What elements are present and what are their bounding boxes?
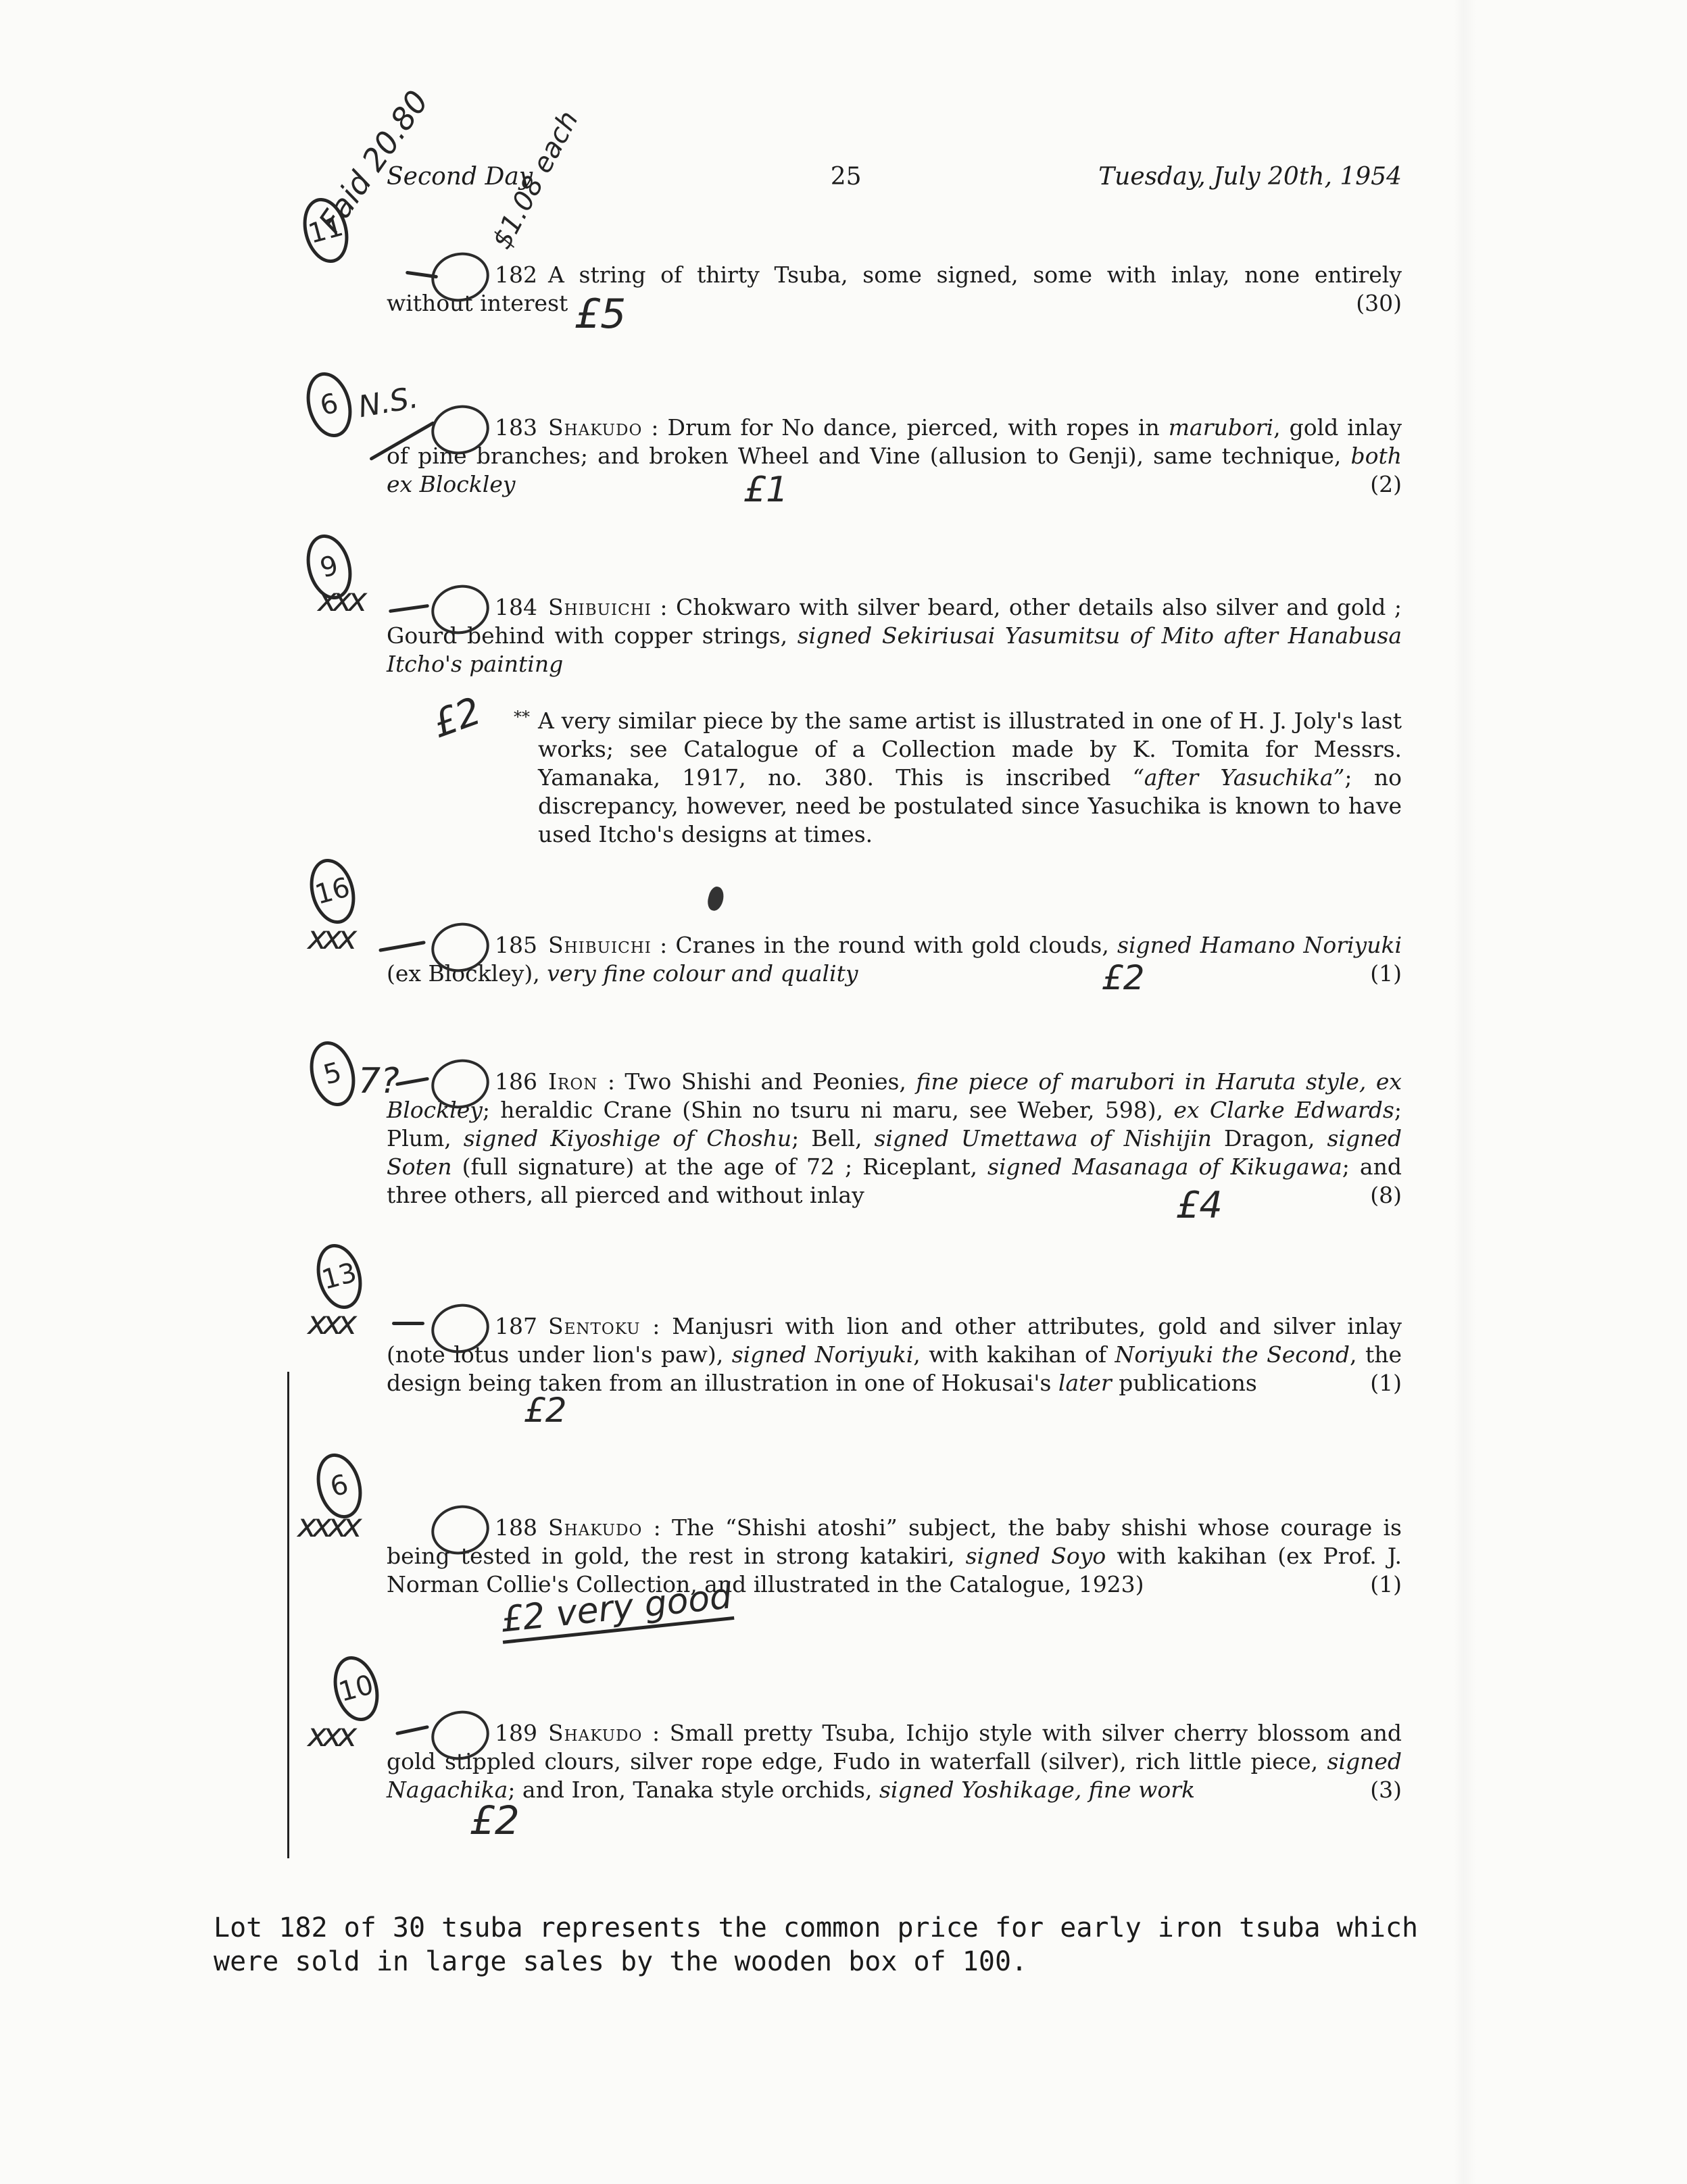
header-date: Tuesday, July 20th, 1954 <box>1098 162 1402 192</box>
handwritten-marks-185: xxx <box>308 919 353 957</box>
lot-entry: 184Shibuichi : Chokwaro with silver bear… <box>387 593 1402 678</box>
footnote-marker: ** <box>514 703 530 731</box>
circled-count-189: 10 <box>326 1651 385 1726</box>
lot-entry: 186Iron : Two Shishi and Peonies, fine p… <box>387 1068 1402 1210</box>
margin-line <box>287 1372 289 1858</box>
lot-number: 184 <box>441 593 537 622</box>
lot-entry: 188Shakudo : The “Shishi atoshi” subject… <box>387 1514 1402 1599</box>
lot-quantity: (1) <box>1316 1570 1402 1599</box>
typed-footer-note: Lot 182 of 30 tsuba represents the commo… <box>214 1911 1498 1979</box>
lot-number: 189 <box>441 1719 537 1747</box>
handwritten-marks-189: xxx <box>308 1716 353 1754</box>
lot-number: 187 <box>441 1312 537 1341</box>
lot-number: 186 <box>441 1068 537 1096</box>
circled-count-185: 16 <box>303 853 362 928</box>
handwritten-marks-184: xxx <box>318 581 363 619</box>
handwritten-price-186: £4 <box>1176 1184 1223 1226</box>
lot-quantity: (1) <box>1316 960 1402 988</box>
footnote-text: A very similar piece by the same artist … <box>538 708 1402 847</box>
lot-number: 185 <box>441 931 537 960</box>
handwritten-marks-187: xxx <box>308 1304 353 1342</box>
page-number: 25 <box>831 162 862 192</box>
lot-entry: 189Shakudo : Small pretty Tsuba, Ichijo … <box>387 1719 1402 1804</box>
lot-number: 183 <box>441 414 537 442</box>
lot-quantity: (3) <box>1316 1776 1402 1804</box>
lot-number: 182 <box>441 261 537 289</box>
circled-count-186: 5 <box>303 1036 362 1111</box>
catalogue-page: Second Day 25 Tuesday, July 20th, 1954 F… <box>0 0 1687 2184</box>
handwritten-price-182: £5 <box>574 291 626 338</box>
lot-number: 188 <box>441 1514 537 1542</box>
lot-quantity: (2) <box>1316 470 1402 499</box>
ink-blot <box>706 885 727 912</box>
handwritten-price-185: £2 <box>1102 958 1145 997</box>
lot-quantity: (1) <box>1316 1369 1402 1397</box>
lot-quantity: (8) <box>1316 1181 1402 1210</box>
lot-entry: 183Shakudo : Drum for No dance, pierced,… <box>387 414 1402 499</box>
header-day: Second Day <box>387 162 533 192</box>
handwritten-price-189: £2 <box>470 1797 520 1843</box>
handwritten-price-187: £2 <box>524 1391 567 1430</box>
lot-entry: 187Sentoku : Manjusri with lion and othe… <box>387 1312 1402 1397</box>
lot-entry: 182A string of thirty Tsuba, some signed… <box>387 261 1402 318</box>
lot-entry: 185Shibuichi : Cranes in the round with … <box>387 931 1402 988</box>
handwritten-price-183: £1 <box>743 470 788 510</box>
circled-count-187: 13 <box>310 1239 368 1314</box>
handwritten-marks-188: xxxx <box>297 1507 358 1545</box>
handwritten-price-184: £2 <box>426 689 487 747</box>
lot-quantity: (30) <box>1302 289 1402 318</box>
circled-count-183: 6 <box>299 367 358 442</box>
lot-footnote-184: ** A very similar piece by the same arti… <box>538 707 1402 849</box>
